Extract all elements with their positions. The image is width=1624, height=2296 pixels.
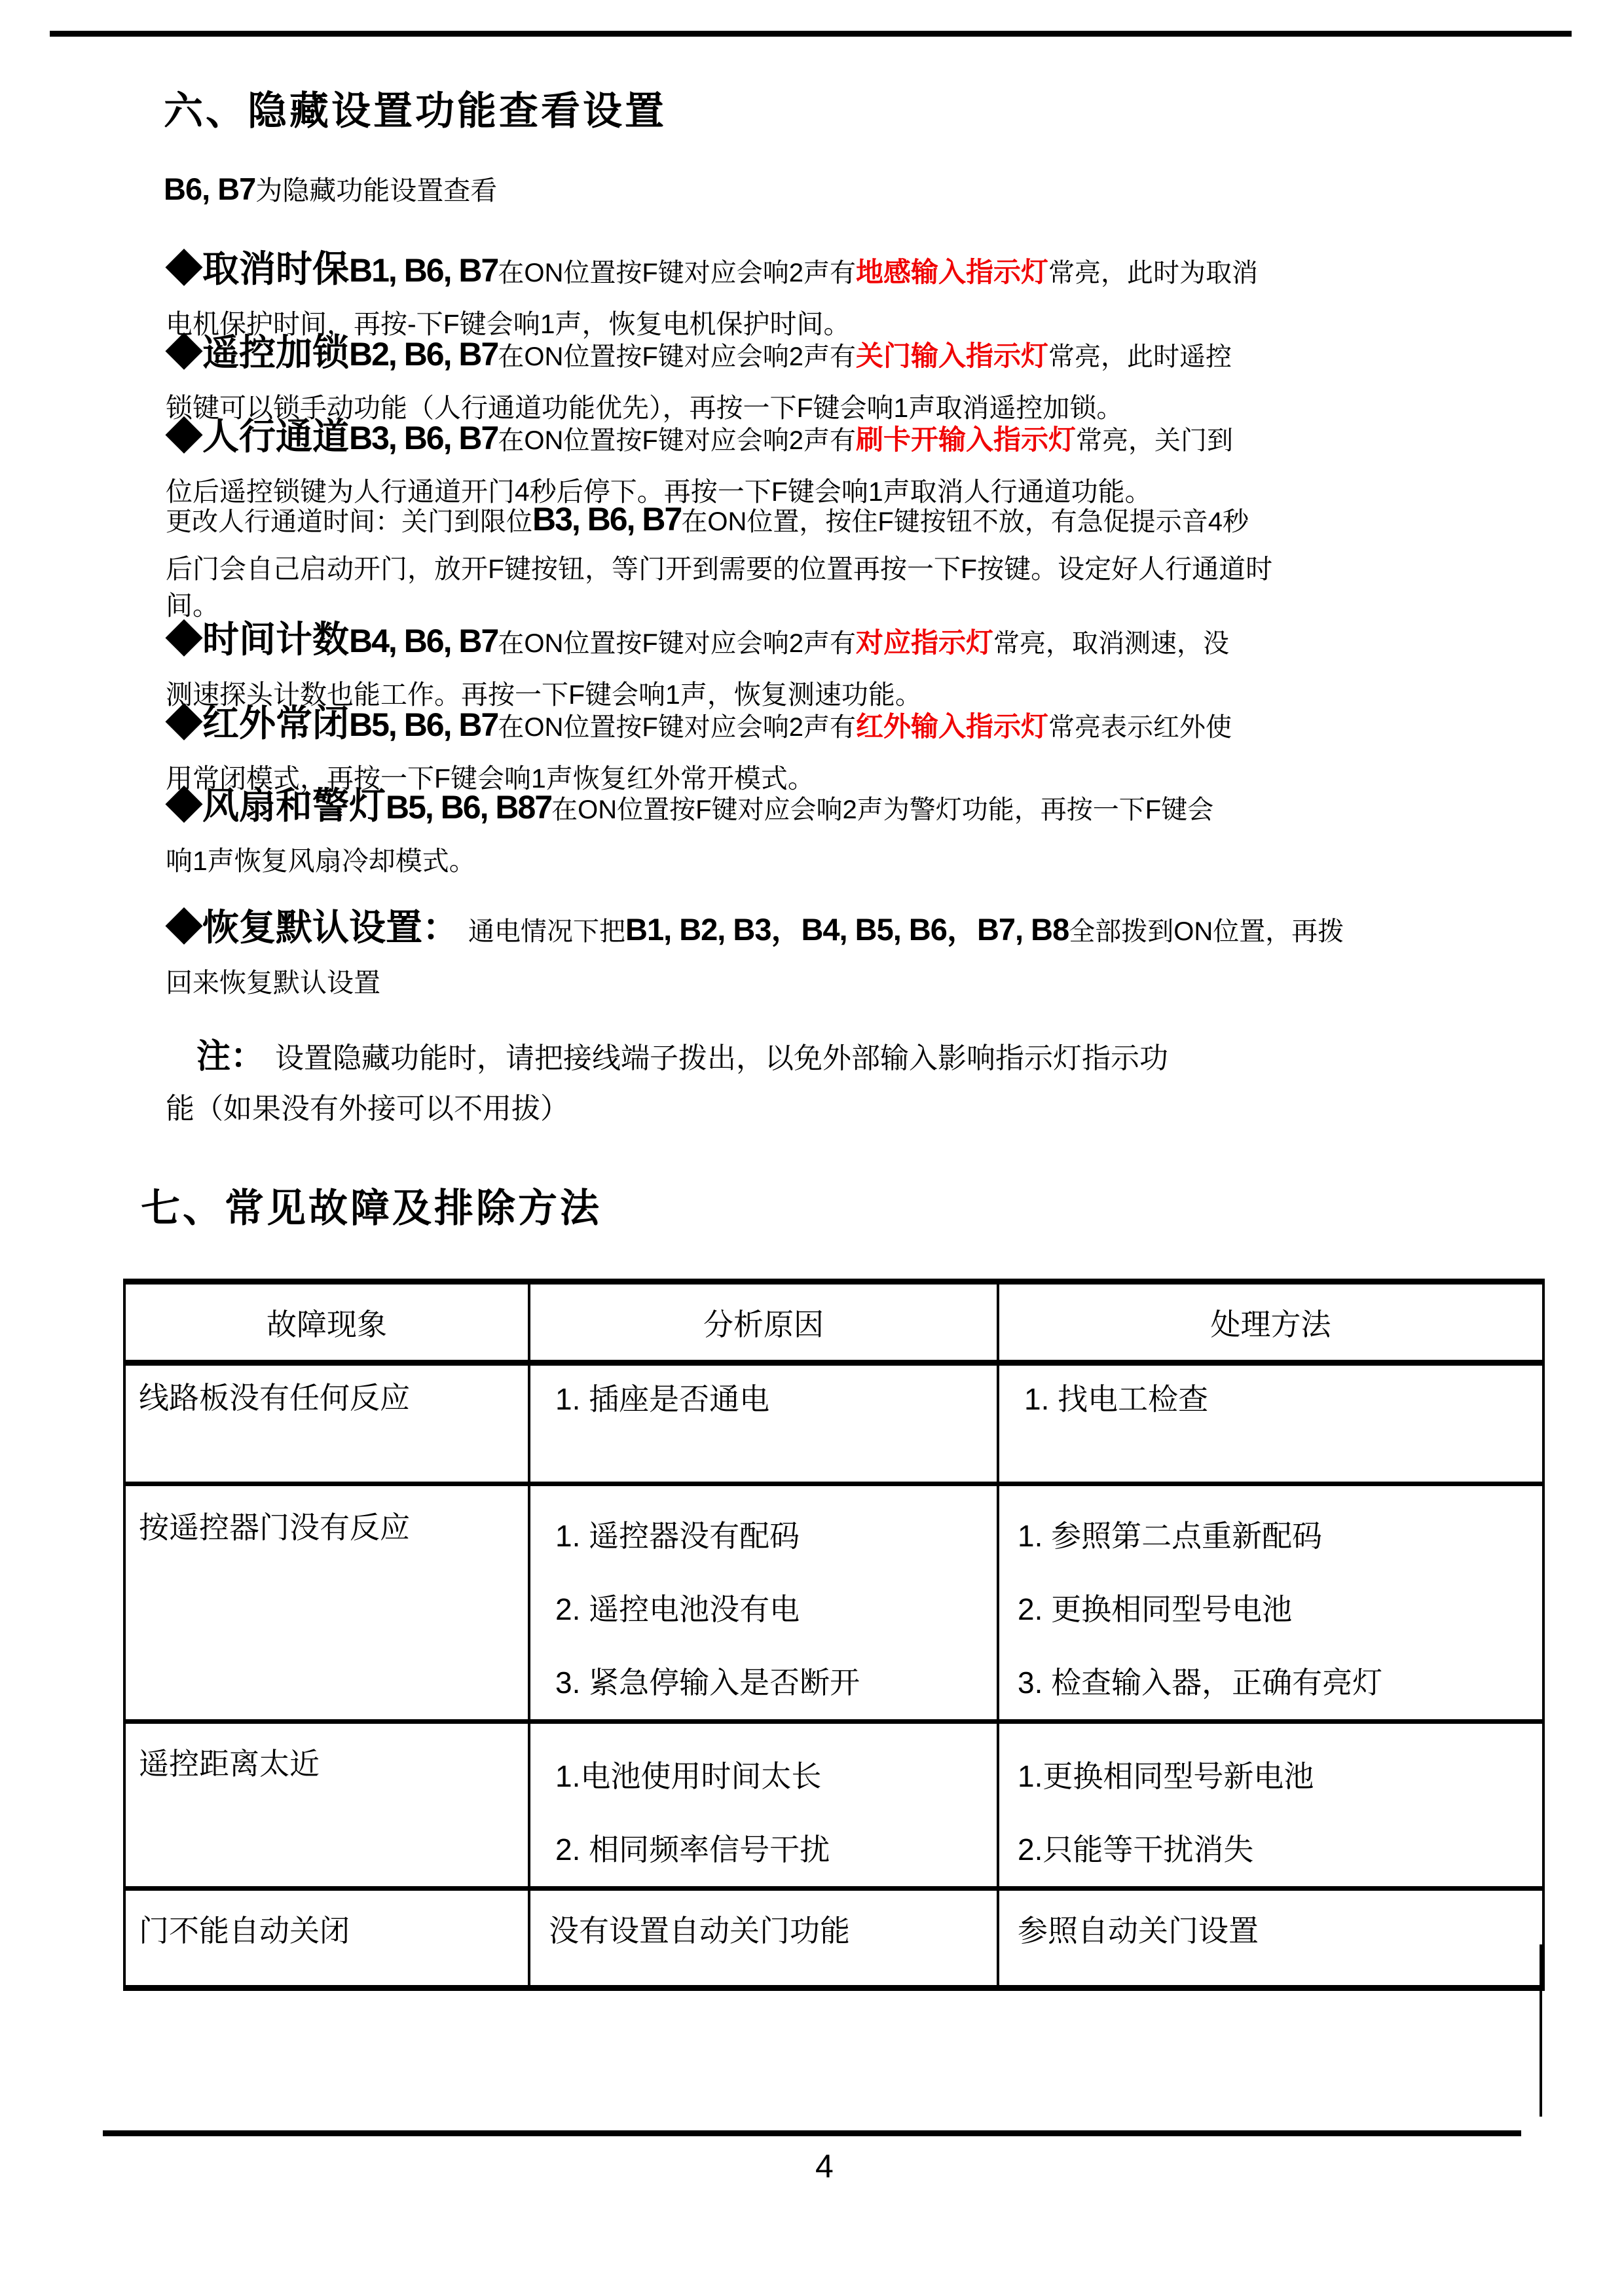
body-text: 在ON位置，按住F键按钮不放，有急促提示音4秒 [681, 507, 1249, 536]
note-label: 注： [196, 1038, 265, 1076]
bullet-pedestrian-mode: ◆人行通道B3, B6, B7在ON位置按F键对应会响2声有刷卡开输入指示灯常亮… [166, 415, 1233, 510]
switch-code: B1, B6, B7 [349, 252, 498, 289]
body-text: 在ON位置按F键对应会响2声为警灯功能，再按一下F键会 [551, 795, 1213, 824]
fault-table: 故障现象 分析原因 处理方法 线路板没有任何反应 1. 插座是否通电 1. 找电… [123, 1279, 1545, 1991]
bullet-line: ◆红外常闭B5, B6, B7在ON位置按F键对应会响2声有红外输入指示灯常亮表… [166, 702, 1232, 755]
cell-line: 1. 参照第二点重新配码 [1018, 1499, 1536, 1573]
red-indicator-text: 关门输入指示灯 [856, 340, 1048, 371]
switch-code: B1, B2, B3，B4, B5, B6，B7, B8 [625, 912, 1069, 947]
manual-page: 六、隐藏设置功能查看设置 B6, B7为隐藏功能设置查看 ◆取消时保B1, B6… [0, 0, 1624, 2296]
body-text: 常亮，取消测速，没 [993, 629, 1229, 658]
paragraph-line2: 后门会自己启动开门，放开F键按钮，等门开到需要的位置再按一下F按键。设定好人行通… [166, 551, 1272, 587]
body-text: 在ON位置按F键对应会响2声有 [498, 713, 856, 742]
top-rule [50, 31, 1572, 37]
body-text: 在ON位置按F键对应会响2声有 [498, 342, 856, 371]
bullet-line2: 回来恢复默认设置 [166, 964, 1344, 1001]
col-header-symptom: 故障现象 [124, 1282, 529, 1363]
cell-line: 门不能自动关闭 [139, 1910, 521, 1951]
table-row: 遥控距离太近 1.电池使用时间太长 2. 相同频率信号干扰 1.更换相同型号新电… [124, 1722, 1543, 1889]
cell-remedy: 1. 参照第二点重新配码 2. 更换相同型号电池 3. 检查输入器，正确有亮灯 [998, 1484, 1543, 1722]
red-indicator-text: 红外输入指示灯 [856, 711, 1048, 742]
bullet-title: ◆时间计数 [166, 619, 349, 660]
cell-line: 线路板没有任何反应 [139, 1377, 521, 1418]
bullet-time-count: ◆时间计数B4, B6, B7在ON位置按F键对应会响2声有对应指示灯常亮，取消… [166, 618, 1229, 713]
cell-symptom: 按遥控器门没有反应 [124, 1484, 529, 1722]
table-row: 门不能自动关闭 没有设置自动关门功能 参照自动关门设置 [124, 1889, 1543, 1988]
section7-title: 七、常见故障及排除方法 [141, 1177, 602, 1233]
note-line2: 能（如果没有外接可以不用拔） [166, 1090, 1168, 1128]
bullet-title: ◆取消时保 [166, 248, 349, 289]
cell-cause: 1. 遥控器没有配码 2. 遥控电池没有电 3. 紧急停输入是否断开 [529, 1484, 998, 1722]
body-text: 在ON位置按F键对应会响2声有 [498, 259, 856, 287]
cell-symptom: 遥控距离太近 [124, 1722, 529, 1889]
cell-line: 1. 插座是否通电 [555, 1379, 990, 1419]
cell-line: 按遥控器门没有反应 [139, 1507, 521, 1548]
cell-line: 2. 相同频率信号干扰 [555, 1813, 990, 1886]
body-text: 在ON位置按F键对应会响2声有 [498, 426, 856, 455]
switch-code: B3, B6, B7 [532, 501, 681, 538]
bullet-title: ◆人行通道 [166, 416, 349, 457]
table-right-border-tail [1540, 1944, 1542, 2117]
bullet-title: ◆红外常闭 [166, 702, 349, 744]
bullet-fan-warnlight: ◆风扇和警灯B5, B6, B87在ON位置按F键对应会响2声为警灯功能，再按一… [166, 784, 1213, 879]
table-row: 线路板没有任何反应 1. 插座是否通电 1. 找电工检查 [124, 1363, 1543, 1484]
cell-cause: 1. 插座是否通电 [529, 1363, 998, 1484]
cell-cause: 1.电池使用时间太长 2. 相同频率信号干扰 [529, 1722, 998, 1889]
bullet-line: ◆恢复默认设置：通电情况下把B1, B2, B3，B4, B5, B6，B7, … [166, 906, 1344, 959]
cell-remedy: 参照自动关门设置 [998, 1889, 1543, 1988]
cell-line: 3. 紧急停输入是否断开 [555, 1646, 990, 1719]
bullet-line: ◆取消时保B1, B6, B7在ON位置按F键对应会响2声有地感输入指示灯常亮，… [166, 247, 1258, 301]
footer-rule [103, 2130, 1521, 2136]
cell-cause: 没有设置自动关门功能 [529, 1889, 998, 1988]
switch-code: B4, B6, B7 [349, 623, 498, 659]
red-indicator-text: 地感输入指示灯 [856, 257, 1048, 287]
body-text: 常亮，此时遥控 [1048, 342, 1232, 371]
note-line1: 注：设置隐藏功能时，请把接线端子拨出，以免外部输入影响指示灯指示功 [166, 1036, 1168, 1086]
body-text: 更改人行通道时间：关门到限位 [166, 507, 532, 536]
bullet-line: ◆风扇和警灯B5, B6, B87在ON位置按F键对应会响2声为警灯功能，再按一… [166, 784, 1213, 837]
red-indicator-text: 对应指示灯 [856, 627, 993, 658]
cell-line: 2. 遥控电池没有电 [555, 1573, 990, 1646]
note-block: 注：设置隐藏功能时，请把接线端子拨出，以免外部输入影响指示灯指示功 能（如果没有… [166, 1036, 1168, 1128]
bullet-line: ◆人行通道B3, B6, B7在ON位置按F键对应会响2声有刷卡开输入指示灯常亮… [166, 415, 1233, 468]
cell-remedy: 1. 找电工检查 [998, 1363, 1543, 1484]
body-text: 常亮表示红外使 [1048, 713, 1232, 742]
cell-line: 3. 检查输入器，正确有亮灯 [1018, 1646, 1536, 1719]
cell-line: 参照自动关门设置 [1018, 1910, 1536, 1951]
body-text: 通电情况下把 [468, 917, 625, 946]
body-text: 常亮，此时为取消 [1048, 259, 1258, 287]
cell-line: 1. 找电工检查 [1024, 1379, 1536, 1419]
bullet-remote-lock: ◆遥控加锁B2, B6, B7在ON位置按F键对应会响2声有关门输入指示灯常亮，… [166, 331, 1232, 426]
subtitle-text: 为隐藏功能设置查看 [255, 175, 497, 206]
body-text: 在ON位置按F键对应会响2声有 [498, 629, 856, 658]
table-row: 按遥控器门没有反应 1. 遥控器没有配码 2. 遥控电池没有电 3. 紧急停输入… [124, 1484, 1543, 1722]
cell-line: 1.更换相同型号新电池 [1018, 1740, 1536, 1813]
subtitle-switch-code: B6, B7 [164, 172, 255, 206]
bullet-title: ◆风扇和警灯 [166, 785, 386, 826]
paragraph-line: 更改人行通道时间：关门到限位B3, B6, B7在ON位置，按住F键按钮不放，有… [166, 499, 1272, 548]
cell-line: 2.只能等干扰消失 [1018, 1813, 1536, 1886]
cell-remedy: 1.更换相同型号新电池 2.只能等干扰消失 [998, 1722, 1543, 1889]
bullet-infrared-nc: ◆红外常闭B5, B6, B7在ON位置按F键对应会响2声有红外输入指示灯常亮表… [166, 702, 1232, 797]
col-header-cause: 分析原因 [529, 1282, 998, 1363]
cell-symptom: 线路板没有任何反应 [124, 1363, 529, 1484]
switch-code: B5, B6, B7 [349, 706, 498, 743]
body-text: 全部拨到ON位置，再拨 [1069, 917, 1344, 946]
red-indicator-text: 刷卡开输入指示灯 [856, 424, 1076, 455]
bullet-line2: 响1声恢复风扇冷却模式。 [166, 843, 1213, 879]
paragraph-change-pedestrian-time: 更改人行通道时间：关门到限位B3, B6, B7在ON位置，按住F键按钮不放，有… [166, 499, 1272, 624]
section6-title: 六、隐藏设置功能查看设置 [164, 80, 667, 136]
cell-line: 2. 更换相同型号电池 [1018, 1573, 1536, 1646]
col-header-remedy: 处理方法 [998, 1282, 1543, 1363]
body-text: 常亮，关门到 [1076, 426, 1233, 455]
cell-symptom: 门不能自动关闭 [124, 1889, 529, 1988]
cell-line: 1.电池使用时间太长 [555, 1740, 990, 1813]
table-header-row: 故障现象 分析原因 处理方法 [124, 1282, 1543, 1363]
bullet-cancel-timer: ◆取消时保B1, B6, B7在ON位置按F键对应会响2声有地感输入指示灯常亮，… [166, 247, 1258, 342]
bullet-line: ◆遥控加锁B2, B6, B7在ON位置按F键对应会响2声有关门输入指示灯常亮，… [166, 331, 1232, 384]
page-number: 4 [815, 2147, 834, 2185]
switch-code: B2, B6, B7 [349, 336, 498, 373]
bullet-line: ◆时间计数B4, B6, B7在ON位置按F键对应会响2声有对应指示灯常亮，取消… [166, 618, 1229, 671]
note-text: 设置隐藏功能时，请把接线端子拨出，以免外部输入影响指示灯指示功 [275, 1042, 1168, 1074]
bullet-title: ◆遥控加锁 [166, 332, 349, 373]
cell-line: 遥控距离太近 [139, 1743, 521, 1784]
bullet-restore-defaults: ◆恢复默认设置：通电情况下把B1, B2, B3，B4, B5, B6，B7, … [166, 906, 1344, 1001]
switch-code: B5, B6, B87 [386, 789, 551, 826]
section6-subtitle: B6, B7为隐藏功能设置查看 [164, 169, 497, 208]
cell-line: 1. 遥控器没有配码 [555, 1499, 990, 1573]
cell-line: 没有设置自动关门功能 [549, 1910, 990, 1951]
switch-code: B3, B6, B7 [349, 420, 498, 456]
bullet-title: ◆恢复默认设置： [166, 907, 459, 948]
